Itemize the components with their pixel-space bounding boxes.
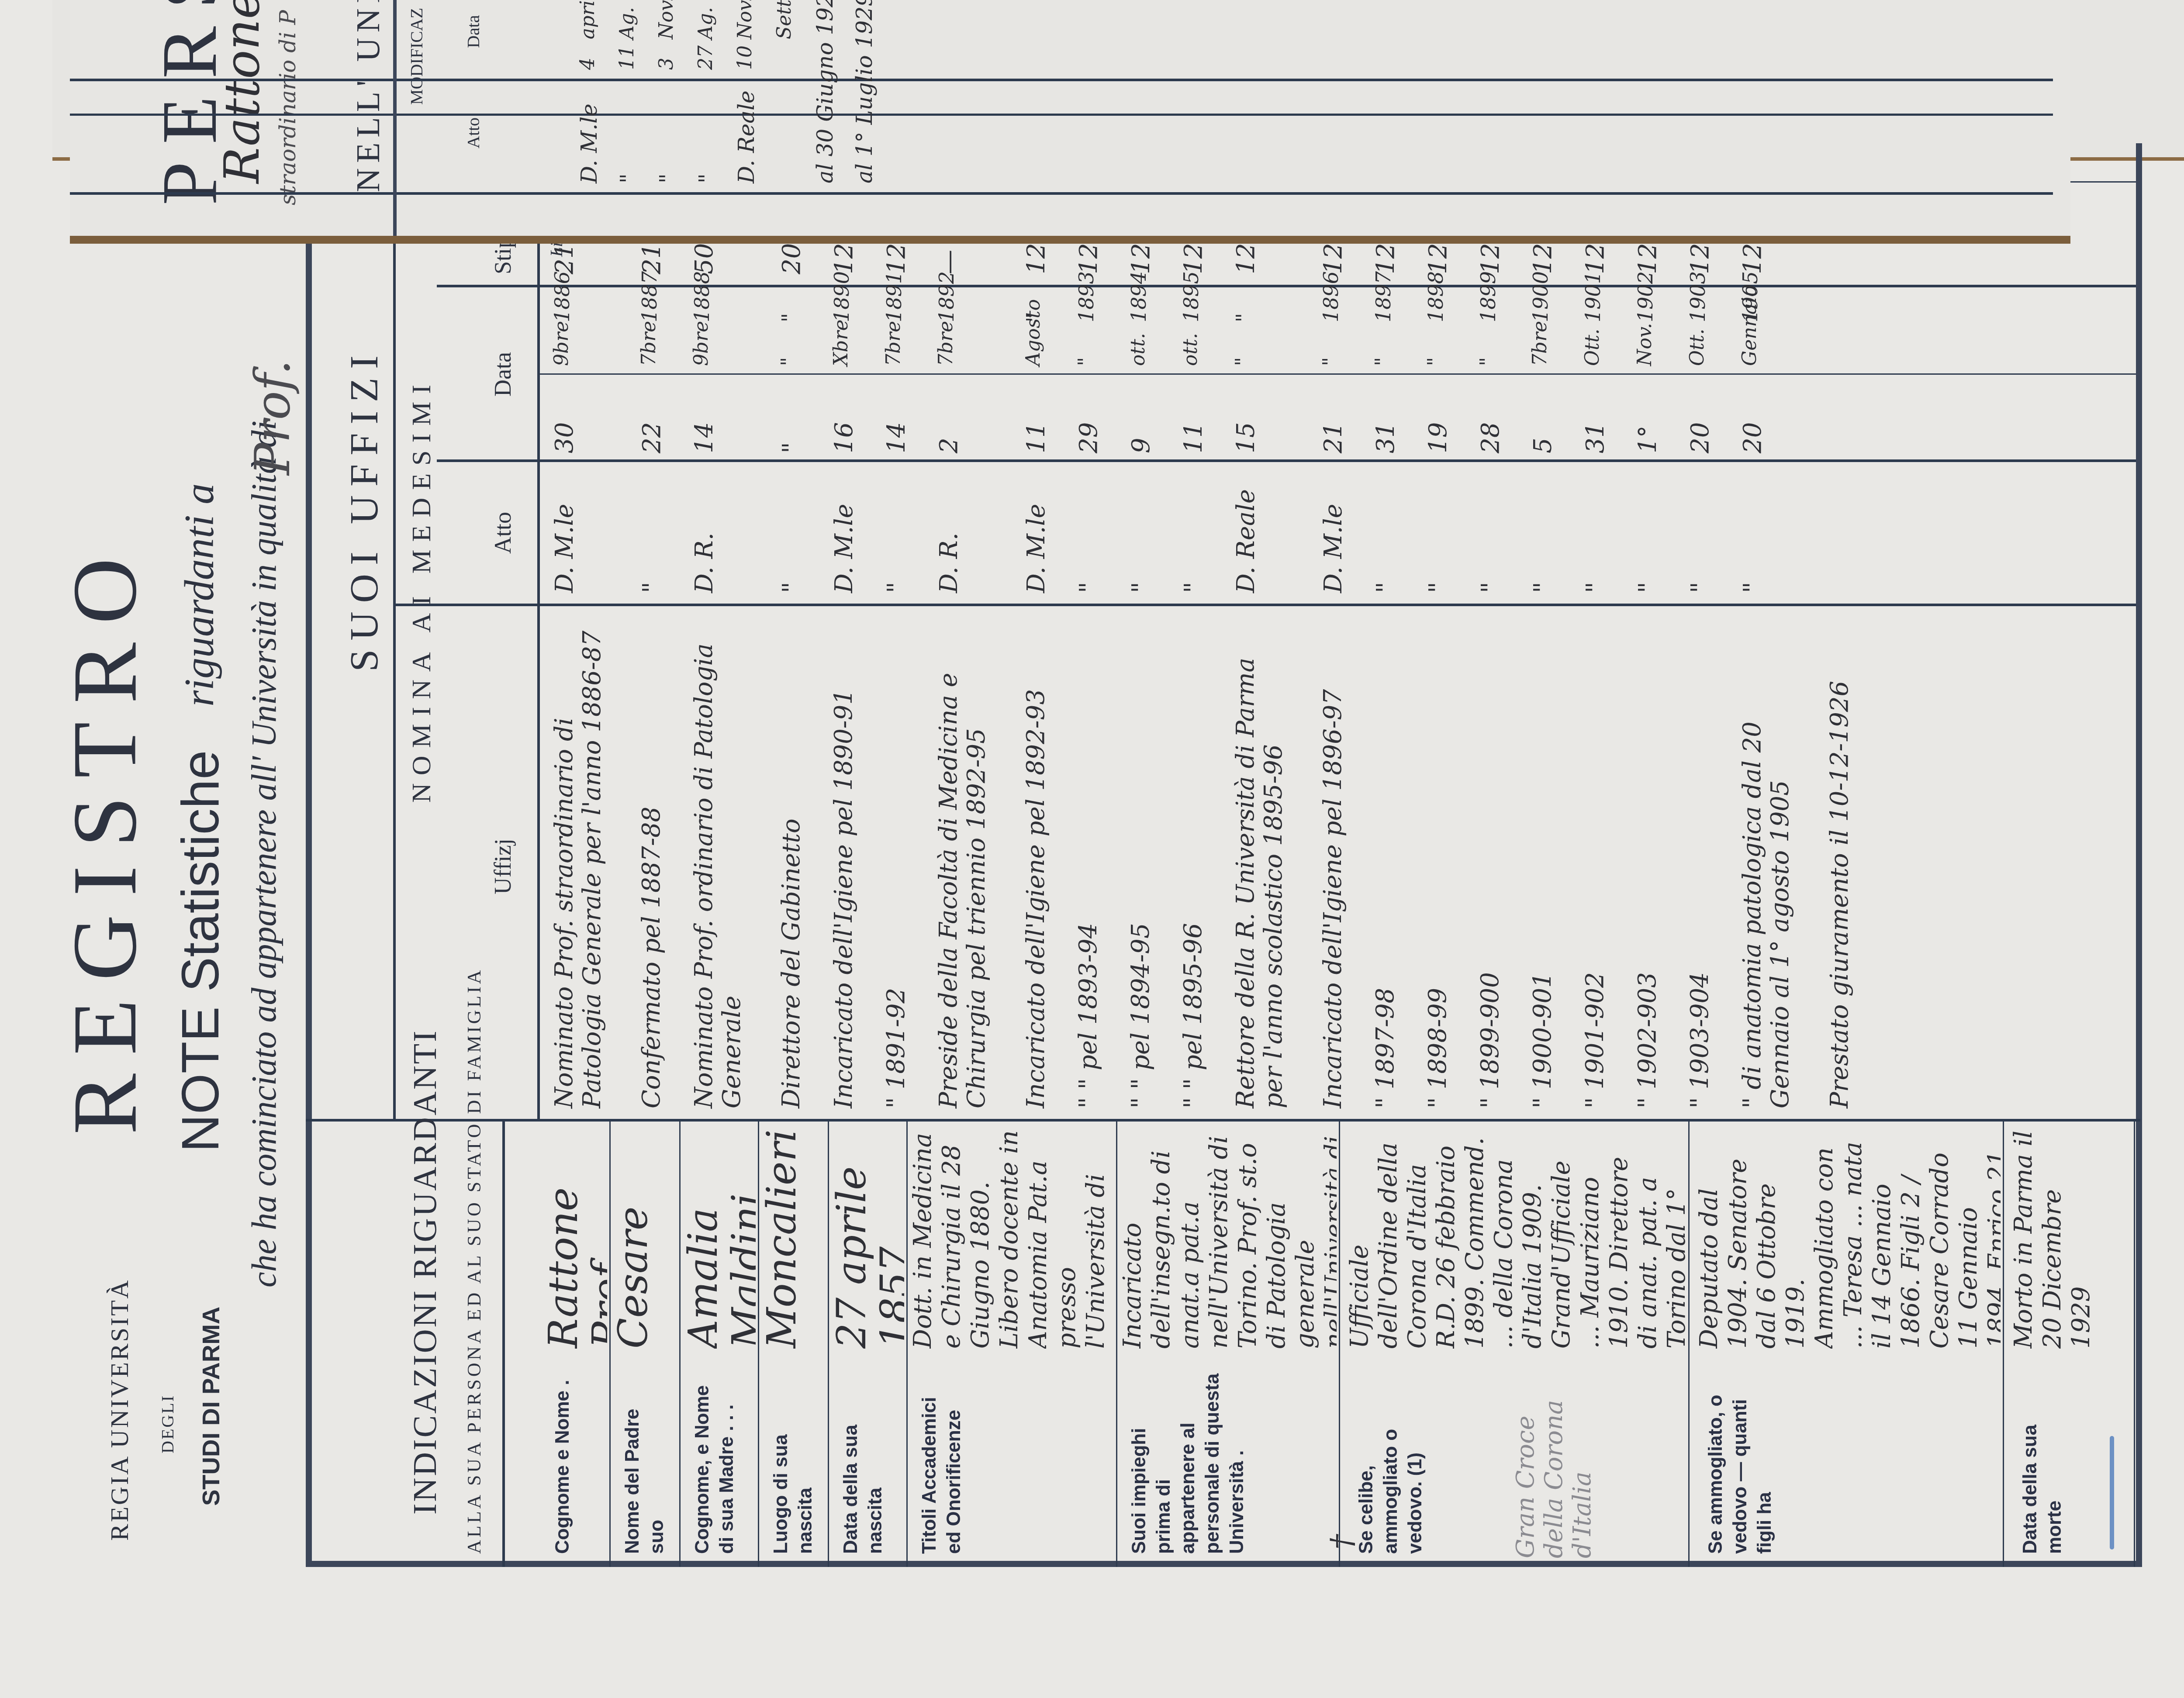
uffizio-text: " di anatomia patologica dal 20 Gennaio … [1738,615,1794,1108]
row-value: Rattone Prof. Giorgio [542,1130,607,1349]
data-giorno: " [778,442,806,453]
data-giorno: 22 [638,422,666,453]
second-mese: aprile [577,0,599,39]
row-value: 27 aprile 1857 [830,1130,904,1349]
data-giorno: 20 [1738,422,1767,453]
atto-divider [393,604,2136,606]
personal-subheading: ALLA SUA PERSONA ED AL SUO STATO DI FAMI… [463,967,485,1554]
data-giorno: 21 [1319,422,1348,453]
data-mese: 7bre [935,321,957,366]
atto-value: D. Reale [1232,489,1260,593]
data-giorno: 11 [1179,422,1208,453]
second-sheet-name: Rattone [214,0,270,183]
atto-value: " [638,582,666,593]
data-anno: 1896 [1319,271,1343,322]
atto-value: D. M.le [550,504,579,593]
data-giorno: 5 [1529,438,1557,453]
atto-value: " [1127,582,1155,593]
data-mese: ott. [1179,333,1202,366]
row-value: Incaricato dell'insegn.to di anat.a pat.… [1118,1130,1337,1349]
second-atto: al 30 Giugno 1927 [812,0,838,183]
second-giorno: 10 [734,45,756,70]
data-giorno: 14 [690,422,719,453]
second-atto: D. M.le [577,104,602,183]
row-divider [1688,1122,1690,1567]
second-sheet-col-atto: Atto [463,117,484,148]
margin-note: Gran Croce della Corona d'Italia [1511,1384,1597,1558]
data-anno: 1888 [690,271,714,322]
second-sheet-rule-3 [70,192,2053,195]
data-anno: 1901 [1581,271,1605,322]
data-divider [437,459,2136,462]
stipendio-lire: — [935,250,963,274]
data-giorno: 1° [1634,425,1662,453]
uffizio-text: Rettore della R. Università di Parma per… [1232,615,1288,1108]
second-mese: Sett. [773,0,795,39]
handwritten-qualita: Prof. [245,359,301,475]
uffizio-text: " 1900-901 [1529,615,1557,1108]
data-giorno: 31 [1581,422,1610,453]
data-mese: " [1476,357,1499,366]
uffizio-text: " 1897-98 [1372,615,1400,1108]
institution-line3: STUDI DI PARMA [197,1307,225,1506]
second-sheet-col-data: Data [463,15,484,48]
second-atto: " [695,173,720,183]
personal-header-rule [502,1122,505,1567]
data-mese: 9bre [690,321,712,366]
row-divider [2003,1122,2004,1567]
row-value: Moncalieri [760,1130,826,1349]
data-giorno: 31 [1372,422,1400,453]
data-anno: 1891 [882,271,906,322]
notes-subtitle: che ha cominciato ad appartenere all' Un… [245,421,284,1287]
page-title: REGISTRO [52,539,158,1135]
atto-value: " [778,582,806,593]
data-mese: ott. [1127,333,1149,366]
atto-value: " [1686,582,1714,593]
row-value: Cesare [612,1130,677,1349]
uffizio-text: " 1903-904 [1686,615,1714,1108]
atto-value: " [1476,582,1505,593]
uffizio-text: Incaricato dell'Igiene pel 1890-91 [830,615,858,1108]
data-anno: 1886 [550,271,574,322]
second-sheet-qualita: straordinario di P [275,10,301,205]
uffizio-text: " " pel 1895-96 [1179,615,1207,1108]
second-giorno: 4 [577,58,599,70]
row-value: Morto in Parma il 20 Dicembre 1929 [2009,1130,2132,1349]
atto-value: " [1581,582,1610,593]
uffizi-header-rule [393,143,396,1122]
row-divider [758,1122,759,1567]
data-giorno: 15 [1232,422,1260,453]
atto-value: D. R. [935,533,963,593]
second-atto: D. Reale [734,90,759,183]
frame-bottom-rule [2136,143,2142,1567]
data-mese: 7bre [1529,321,1551,366]
data-giorno: 28 [1476,422,1505,453]
data-mese: " [1372,357,1394,366]
data-anno: " [1232,313,1255,322]
uffizio-text: Incaricato dell'Igiene pel 1896-97 [1319,615,1347,1108]
data-mese: Ott. [1686,329,1708,366]
data-mese: Xbre [830,319,852,366]
section-heading: SUOI UFFIZI [341,347,387,672]
uffizio-text: " 1902-903 [1634,615,1662,1108]
second-mese: Nov. [734,0,756,39]
second-mese: Ag. [616,7,638,39]
atto-value: D. R. [690,533,719,593]
atto-value: D. M.le [1022,504,1051,593]
atto-value: " [1179,582,1208,593]
data-giorno: 11 [1022,422,1051,453]
row-value: Dott. in Medicina e Chirurgia il 28 Giug… [909,1130,1114,1349]
data-mese: " [1319,357,1341,366]
row-divider [1339,1122,1340,1567]
row-label: Suoi impieghi prima di appartenere al pe… [1127,1370,1249,1554]
notes-heading: NOTE Statistiche [170,750,231,1152]
row-value: Amalia Maldini [681,1130,756,1349]
row-label: Titoli Accademici ed Onorificenze [917,1370,966,1554]
column-header-atto: Atto [489,512,516,554]
data-mese: " [1424,357,1446,366]
data-mese: 7bre [882,321,905,366]
data-anno: 1887 [638,271,661,322]
second-sheet-mod-heading: MODIFICAZ [406,8,427,105]
personal-heading: INDICAZIONI RIGUARDANTI [406,1029,444,1515]
data-anno: 1897 [1372,271,1395,322]
second-sheet-heading: NELL' UNIV [349,0,387,192]
data-anno: 1899 [1476,271,1500,322]
second-atto: " [616,173,641,183]
second-sheet-rule-1 [70,79,2053,81]
atto-value: " [1075,582,1103,593]
atto-value: " [882,582,911,593]
data-anno: 1892 [935,271,958,322]
data-anno: " [778,313,801,322]
row-divider [609,1122,611,1567]
dagger-mark: † [1324,1534,1359,1550]
atto-value: " [1529,582,1557,593]
data-anno: 1893 [1075,271,1098,322]
atto-value: D. M.le [830,504,858,593]
notes-riguardanti: riguardanti a [175,483,223,707]
row-label: Data della sua morte [2018,1370,2067,1554]
second-mese: Ag. [695,7,717,39]
subcolumn-header-rule [537,143,540,1122]
second-sheet-rule-2 [70,114,2053,116]
atto-value: " [1738,582,1767,593]
uffizio-text: Nominato Prof. straordinario di Patologi… [550,615,606,1108]
row-divider [2134,1122,2135,1567]
second-atto: al 1° Luglio 1929 [852,0,877,183]
second-sheet-strip: PERSO Rattone straordinario di P NELL' U… [70,0,2070,244]
column-header-data: Data [489,352,516,397]
row-divider [1116,1122,1117,1567]
institution-line2: DEGLI [157,1394,178,1453]
uffizio-text: " " pel 1894-95 [1127,615,1155,1108]
uffizio-text: " 1898-99 [1424,615,1452,1108]
data-giorno: 29 [1075,422,1103,453]
data-anno: 1895 [1179,271,1203,322]
data-giorno: 9 [1127,438,1155,453]
data-mese: " [1075,357,1097,366]
uffizio-text: " " pel 1893-94 [1075,615,1102,1108]
uffizio-text: " 1901-902 [1581,615,1609,1108]
row-label: Cognome e Nome . [550,1370,575,1554]
atto-value: " [1424,582,1452,593]
data-giorno: 30 [550,422,579,453]
row-label: Cognome, e Nome di sua Madre . . . [690,1370,739,1554]
uffizio-text: Prestato giuramento il 10-12-1926 [1826,615,1854,1108]
data-anno: 1900 [1529,271,1552,322]
uffizio-text: Nominato Prof. ordinario di Patologia Ge… [690,615,746,1108]
data-sub-divider-1 [537,373,2136,375]
row-divider [679,1122,681,1567]
data-anno: 1894 [1127,271,1151,322]
uffizio-text: Preside della Facoltà di Medicina e Chir… [935,615,991,1108]
data-giorno: 14 [882,422,911,453]
second-giorno: 11 [616,45,638,70]
uffizio-text: Confermato pel 1887-88 [638,615,666,1108]
data-mese: " [778,357,800,366]
second-giorno: 27 [695,45,717,70]
data-mese: 9bre [550,321,573,366]
row-value: Deputato dal 1904. Senatore dal 6 Ottobr… [1695,1130,2001,1349]
row-label: Data della sua nascita [839,1370,888,1554]
second-atto: " [655,173,681,183]
data-giorno: 20 [1686,422,1714,453]
data-anno: " [1022,313,1046,322]
uffizio-text: Direttore del Gabinetto [778,615,805,1108]
personal-column-divider [306,1119,2140,1122]
data-anno: 1905 [1738,271,1762,322]
second-giorno: 3 [655,58,677,70]
data-mese: " [1232,357,1254,366]
second-sheet-divider [393,0,397,236]
data-anno: 1903 [1686,271,1710,322]
atto-value: " [1372,582,1400,593]
frame-top-rule [306,143,312,1567]
uffizio-text: " 1891-92 [882,615,910,1108]
data-giorno: 2 [935,438,963,453]
subsection-heading: NOMINA AI MEDESIMI [406,377,437,803]
register-page: REGIA UNIVERSITÀ DEGLI STUDI DI PARMA RE… [0,0,2184,1698]
data-mese: Nov. [1634,323,1656,366]
atto-value: " [1634,582,1662,593]
uffizio-text: " 1899-900 [1476,615,1504,1108]
frame-left-rule [306,1561,2140,1567]
uffizio-text: Incaricato dell'Igiene pel 1892-93 [1022,615,1050,1108]
row-label: Luogo di sua nascita [769,1370,818,1554]
data-anno: 1898 [1424,271,1448,322]
row-label: Se celibe, ammogliato o vedovo. (1) [1354,1370,1427,1554]
data-anno: 1902 [1634,271,1657,322]
data-mese: Ott. [1581,329,1603,366]
row-divider [828,1122,829,1567]
blue-underline-mark [2110,1436,2114,1550]
row-label: Se ammogliato, o vedovo — quanti figli h… [1704,1370,1777,1554]
data-mese: Agosto [1022,299,1044,366]
institution-line1: REGIA UNIVERSITÀ [105,1279,134,1541]
row-value: Ufficiale dell'Ordine della Corona d'Ita… [1345,1130,1686,1349]
row-label: Nome del Padre suo [620,1370,669,1554]
data-giorno: 19 [1424,422,1452,453]
second-mese: Nov. [655,0,677,39]
column-header-uffizi: Uffizj [489,839,516,894]
row-divider [906,1122,908,1567]
data-anno: 1890 [830,271,854,322]
data-giorno: 16 [830,422,858,453]
atto-value: D. M.le [1319,504,1348,593]
data-mese: 7bre [638,321,660,366]
